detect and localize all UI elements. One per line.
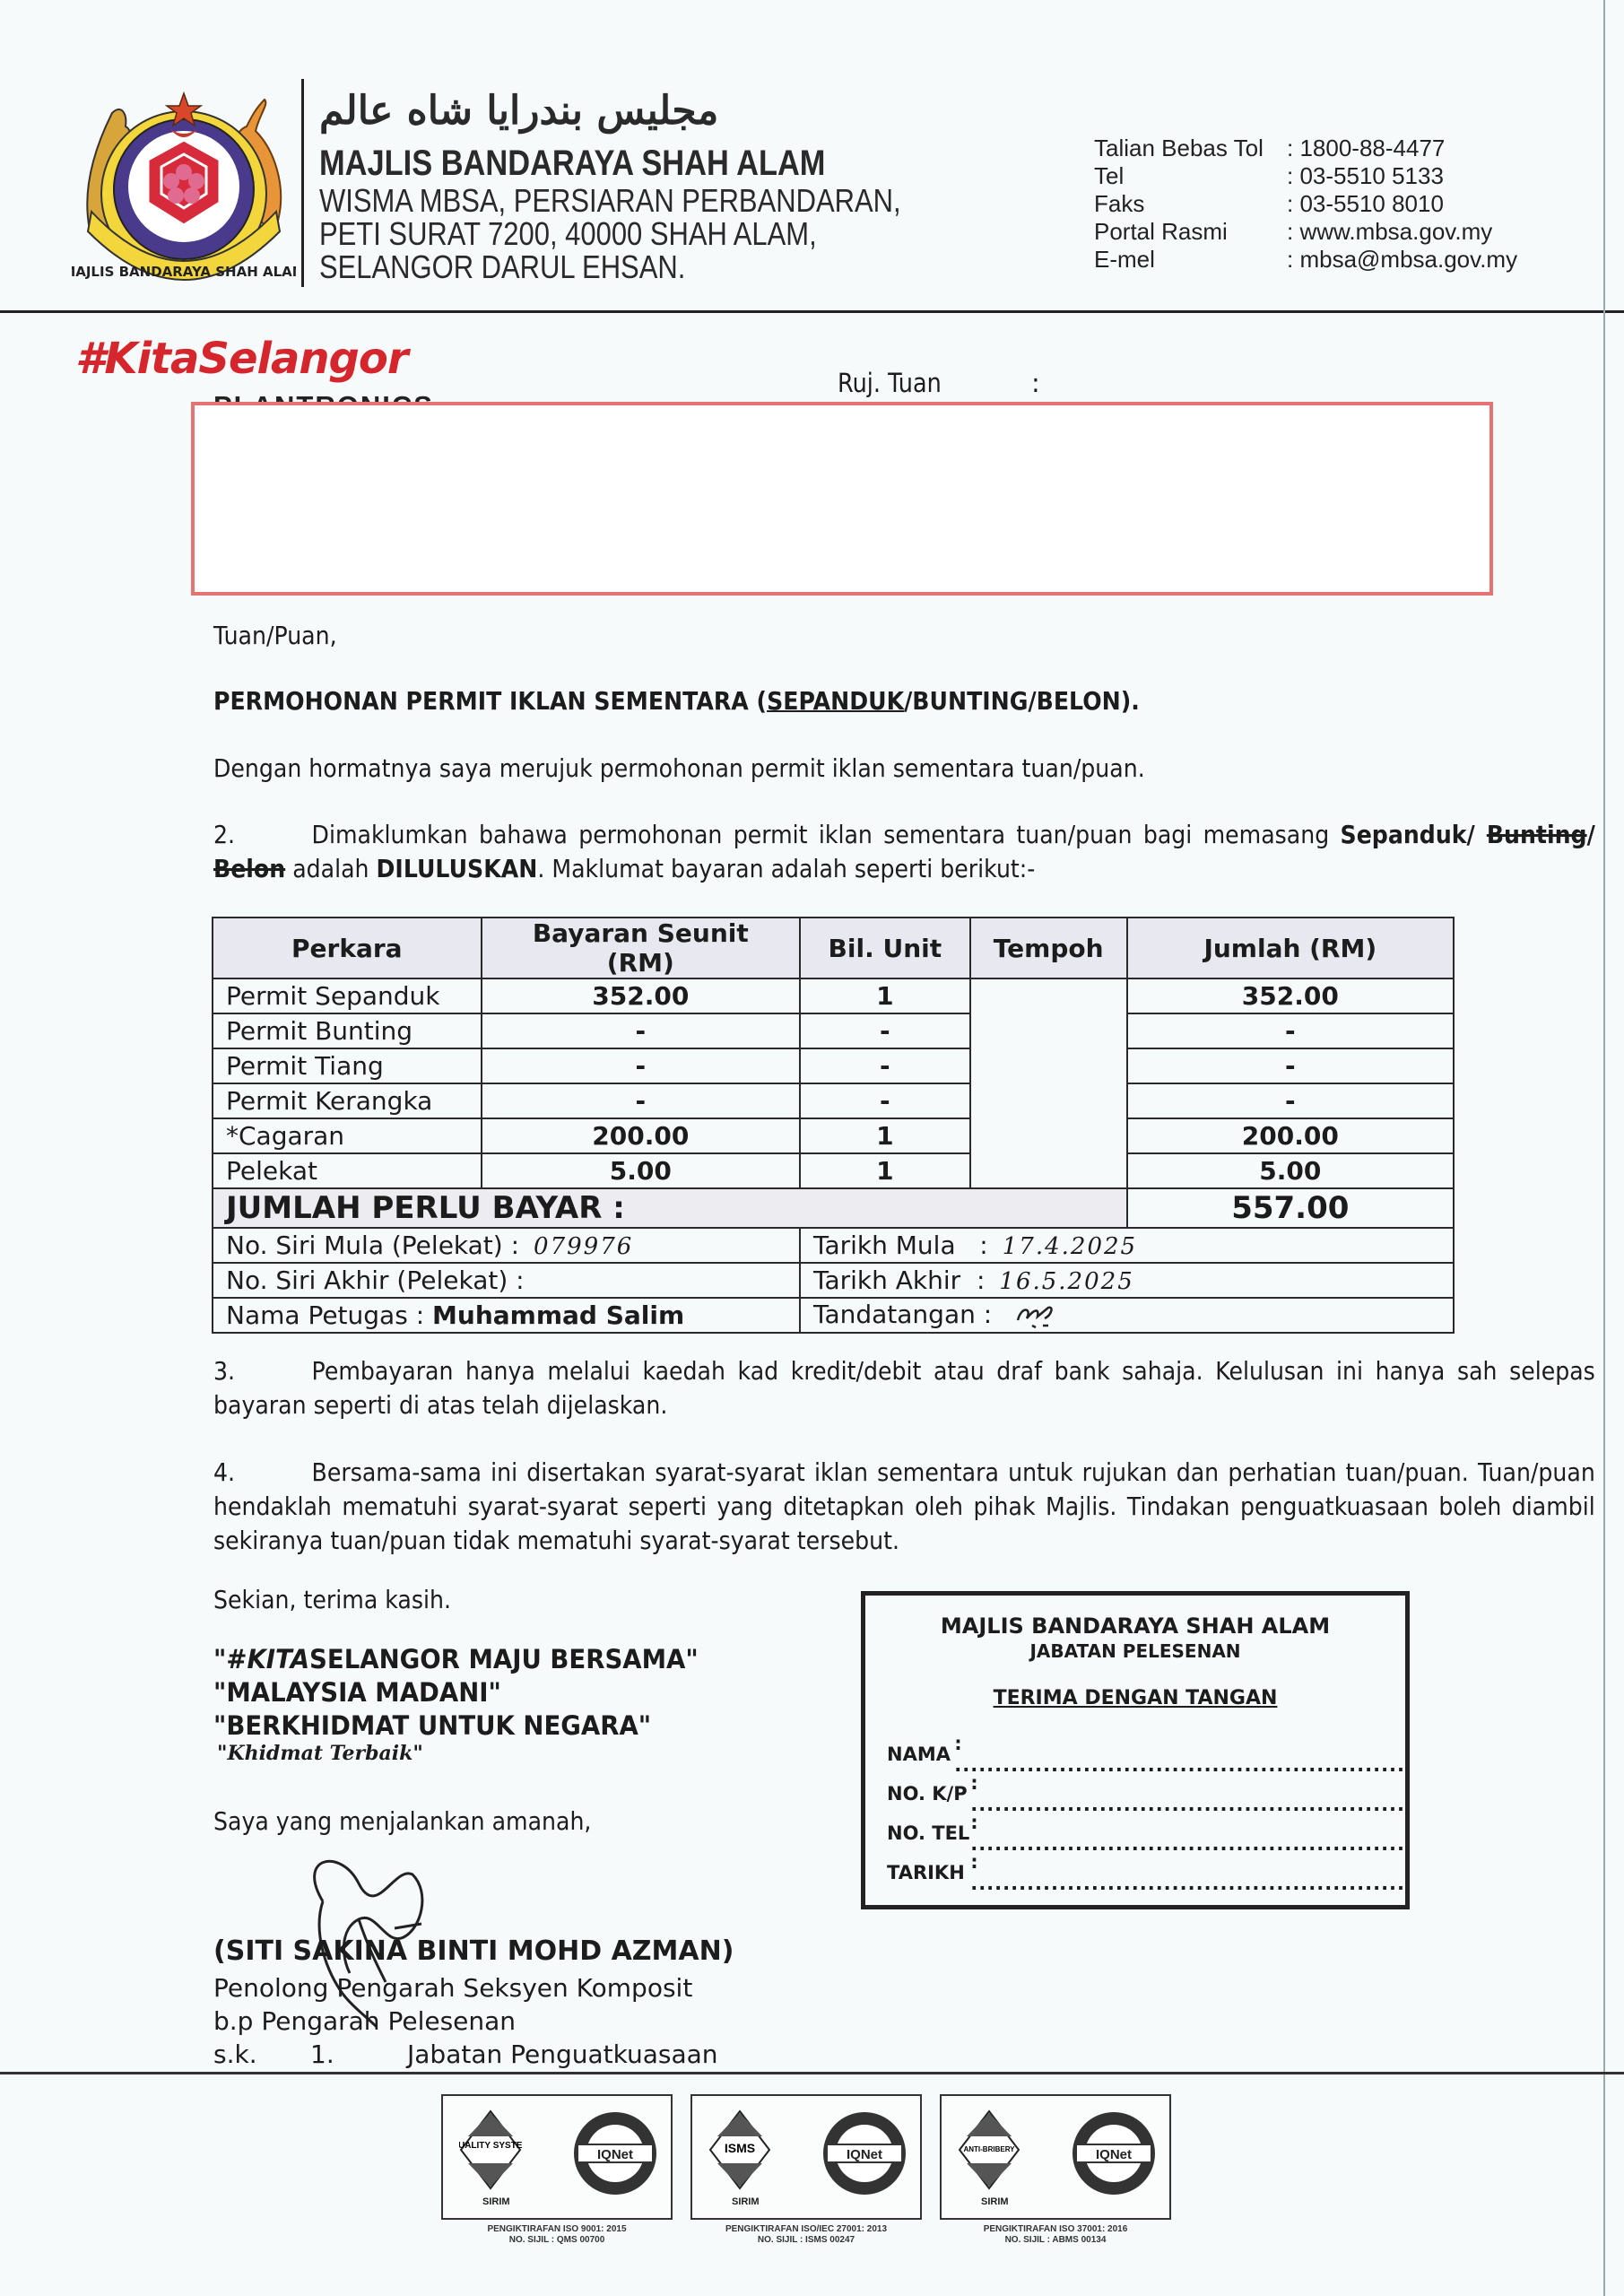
unit-count: - — [800, 1013, 970, 1048]
receipt-heading: TERIMA DENGAN TANGAN — [865, 1687, 1405, 1709]
cert-number: NO. SIJIL : ISMS 00247 — [681, 2235, 932, 2246]
contact-label: Talian Bebas Tol — [1094, 135, 1287, 162]
field-blank[interactable]: : ......................................… — [954, 1733, 1405, 1776]
cert-caption-quality: PENGIKTIRAFAN ISO 9001: 2015 NO. SIJIL :… — [431, 2224, 682, 2246]
slogan-madani: "MALAYSIA MADANI" — [213, 1676, 699, 1709]
salutation: Tuan/Puan, — [213, 619, 337, 653]
serial-end-label: No. Siri Akhir (Pelekat) : — [226, 1265, 525, 1295]
start-date-value: 17.4.2025 — [1003, 1233, 1137, 1260]
slogan-berkhidmat: "BERKHIDMAT UNTUK NEGARA" — [213, 1709, 699, 1743]
para-number: 2. — [213, 820, 235, 849]
cert-issuer: SIRIM — [482, 2196, 510, 2207]
subject-text: PERMOHONAN PERMIT IKLAN SEMENTARA ( — [213, 686, 767, 716]
contact-label: Tel — [1094, 162, 1287, 190]
contact-label: Portal Rasmi — [1094, 218, 1287, 246]
field-label: NO. K/P — [887, 1783, 970, 1805]
table-row: Permit Tiang - - - — [213, 1048, 1454, 1083]
receipt-title: MAJLIS BANDARAYA SHAH ALAM — [865, 1613, 1405, 1639]
svg-text:ANTI-BRIBERY: ANTI-BRIBERY — [963, 2145, 1015, 2153]
table-row: Pelekat 5.00 1 5.00 — [213, 1153, 1454, 1188]
item-belon-struck: Belon — [213, 854, 285, 883]
contact-label: E-mel — [1094, 246, 1287, 274]
cert-badge-anti-bribery: ANTI-BRIBERY IQNet SIRIM — [940, 2094, 1171, 2220]
redacted-address-box — [191, 402, 1493, 596]
contact-row-email: E-mel : mbsa@mbsa.gov.my — [1094, 246, 1517, 274]
closing-line: Sekian, terima kasih. — [213, 1583, 451, 1617]
cert-issuer: SIRIM — [732, 2196, 760, 2207]
table-row: Permit Sepanduk 352.00 1 352.00 — [213, 978, 1454, 1013]
unit-count: 1 — [800, 1153, 970, 1188]
sirim-diamond-icon: ANTI-BRIBERY — [958, 2109, 1020, 2190]
signoff-intro: Saya yang menjalankan amanah, — [213, 1805, 591, 1839]
slogans: "#KITASELANGOR MAJU BERSAMA" "MALAYSIA M… — [213, 1643, 699, 1743]
col-header-units: Bil. Unit — [800, 918, 970, 978]
contact-row-tel: Tel : 03-5510 5133 — [1094, 162, 1517, 190]
para-number: 4. — [213, 1457, 235, 1487]
receipt-department: JABATAN PELESENAN — [865, 1640, 1405, 1662]
end-date-value: 16.5.2025 — [999, 1268, 1133, 1295]
start-date-label: Tarikh Mula : — [813, 1231, 988, 1260]
end-date-label: Tarikh Akhir : — [813, 1265, 985, 1295]
unit-count: 1 — [800, 978, 970, 1013]
field-blank[interactable]: : ......................................… — [970, 1851, 1405, 1894]
signature-label: Tandatangan : — [813, 1300, 992, 1329]
iqnet-seal-icon: IQNet — [570, 2109, 660, 2198]
signer-title: Penolong Pengarah Seksyen Komposit b.p P… — [213, 1971, 718, 2071]
cert-badge-quality: QUALITY SYSTEM IQNet SIRIM — [441, 2094, 673, 2220]
cert-standard: PENGIKTIRAFAN ISO 9001: 2015 — [431, 2224, 682, 2235]
slogan-text: "# — [213, 1644, 247, 1674]
separator: / — [1587, 820, 1595, 849]
slogan-text: SELANGOR MAJU BERSAMA" — [309, 1644, 699, 1674]
cc-line: s.k. 1. Jabatan Penguatkuasaan — [213, 2038, 718, 2071]
unit-count: - — [800, 1083, 970, 1118]
org-name-jawi: مجليس بندرايا شاه عالم — [319, 88, 718, 134]
receipt-field-nama[interactable]: NAMA: ..................................… — [887, 1735, 1405, 1774]
cert-standard: PENGIKTIRAFAN ISO 37001: 2016 — [930, 2224, 1181, 2235]
contact-label: Faks — [1094, 190, 1287, 218]
grand-total-row: JUMLAH PERLU BAYAR : 557.00 — [213, 1188, 1454, 1228]
slogan-italic: KITA — [247, 1644, 309, 1674]
payment-table: Perkara Bayaran Seunit (RM) Bil. Unit Te… — [212, 917, 1455, 1334]
contact-value: : 03-5510 8010 — [1287, 190, 1444, 218]
iqnet-seal-icon: IQNet — [1069, 2109, 1159, 2198]
officer-cell: Nama Petugas : Muhammad Salim — [213, 1298, 800, 1333]
subject-underlined: SEPANDUK — [767, 686, 904, 716]
field-label: NAMA — [887, 1744, 954, 1765]
signature-cell: Tandatangan : — [800, 1298, 1454, 1333]
receipt-field-tarikh[interactable]: TARIKH: ................................… — [887, 1853, 1405, 1892]
row-total: - — [1127, 1048, 1454, 1083]
page-edge — [1603, 0, 1605, 2296]
subject-text: /BUNTING/BELON). — [904, 686, 1140, 716]
item-name: *Cagaran — [213, 1118, 482, 1153]
receipt-fields: NAMA: ..................................… — [887, 1735, 1405, 1892]
officer-label: Nama Petugas : — [226, 1300, 424, 1330]
mbsa-crest-icon: MAJLIS BANDARAYA SHAH ALAM — [72, 77, 296, 292]
cc-recipient: Jabatan Penguatkuasaan — [407, 2038, 718, 2071]
cc-label: s.k. — [213, 2038, 310, 2071]
address-line: SELANGOR DARUL EHSAN. — [319, 250, 901, 283]
para-text: adalah — [285, 854, 376, 883]
field-blank[interactable]: : ......................................… — [970, 1812, 1405, 1855]
row-total: - — [1127, 1083, 1454, 1118]
address-line: PETI SURAT 7200, 40000 SHAH ALAM, — [319, 217, 901, 250]
col-header-total: Jumlah (RM) — [1127, 918, 1454, 978]
signer-title-line: b.p Pengarah Pelesenan — [213, 2005, 718, 2038]
paragraph-2: 2.Dimaklumkan bahawa permohonan permit i… — [213, 818, 1595, 886]
meta-row: Nama Petugas : Muhammad Salim Tandatanga… — [213, 1298, 1454, 1333]
item-sepanduk: Sepanduk/ — [1341, 820, 1487, 849]
row-total: - — [1127, 1013, 1454, 1048]
serial-start-label: No. Siri Mula (Pelekat) : — [226, 1231, 519, 1260]
item-name: Permit Sepanduk — [213, 978, 482, 1013]
col-header-unit-price: Bayaran Seunit (RM) — [482, 918, 800, 978]
para-text: Pembayaran hanya melalui kaedah kad kred… — [213, 1356, 1595, 1420]
meta-row: No. Siri Akhir (Pelekat) : Tarikh Akhir … — [213, 1263, 1454, 1298]
officer-signature-icon — [1012, 1300, 1075, 1331]
cert-number: NO. SIJIL : QMS 00700 — [431, 2235, 682, 2246]
unit-price: 200.00 — [482, 1118, 800, 1153]
row-total: 352.00 — [1127, 978, 1454, 1013]
contact-value: : 03-5510 5133 — [1287, 162, 1444, 190]
field-label: NO. TEL — [887, 1822, 970, 1844]
receipt-acknowledgement-box: MAJLIS BANDARAYA SHAH ALAM JABATAN PELES… — [861, 1591, 1410, 1909]
approval-status: DILULUSKAN — [377, 854, 538, 883]
paragraph-3: 3.Pembayaran hanya melalui kaedah kad kr… — [213, 1354, 1595, 1422]
contact-value: : 1800-88-4477 — [1287, 135, 1445, 162]
end-date-cell: Tarikh Akhir :16.5.2025 — [800, 1263, 1454, 1298]
contact-row-tollfree: Talian Bebas Tol : 1800-88-4477 — [1094, 135, 1517, 162]
svg-text:MAJLIS BANDARAYA SHAH ALAM: MAJLIS BANDARAYA SHAH ALAM — [72, 264, 296, 280]
serial-start-value: 079976 — [534, 1233, 633, 1260]
receipt-field-kp[interactable]: NO. K/P: ...............................… — [887, 1774, 1405, 1813]
cert-number: NO. SIJIL : ABMS 00134 — [930, 2235, 1181, 2246]
letter-subject: PERMOHONAN PERMIT IKLAN SEMENTARA (SEPAN… — [213, 684, 1140, 718]
kitaselangor-logo: #KitaSelangor — [75, 334, 408, 384]
sirim-diamond-icon: QUALITY SYSTEM — [459, 2109, 522, 2190]
tempoh-cell — [970, 978, 1127, 1188]
item-name: Permit Kerangka — [213, 1083, 482, 1118]
cert-caption-anti-bribery: PENGIKTIRAFAN ISO 37001: 2016 NO. SIJIL … — [930, 2224, 1181, 2246]
cert-issuer: SIRIM — [981, 2196, 1009, 2207]
unit-price: - — [482, 1013, 800, 1048]
address-line: WISMA MBSA, PERSIARAN PERBANDARAN, — [319, 184, 901, 217]
start-date-cell: Tarikh Mula :17.4.2025 — [800, 1228, 1454, 1263]
org-address: WISMA MBSA, PERSIARAN PERBANDARAN, PETI … — [319, 184, 901, 283]
meta-row: No. Siri Mula (Pelekat) :079976 Tarikh M… — [213, 1228, 1454, 1263]
para-number: 3. — [213, 1356, 235, 1386]
cert-standard: PENGIKTIRAFAN ISO/IEC 27001: 2013 — [681, 2224, 932, 2235]
paragraph-4: 4.Bersama-sama ini disertakan syarat-sya… — [213, 1456, 1595, 1558]
svg-text:IQNet: IQNet — [847, 2147, 882, 2162]
motto: "Khidmat Terbaik" — [217, 1742, 423, 1765]
field-label: TARIKH — [887, 1862, 970, 1883]
para-text: Dimaklumkan bahawa permohonan permit ikl… — [312, 820, 1330, 849]
signer-name: (SITI SAKINA BINTI MOHD AZMAN) — [213, 1935, 734, 1967]
unit-price: 352.00 — [482, 978, 800, 1013]
unit-price: - — [482, 1048, 800, 1083]
svg-text:ISMS: ISMS — [725, 2141, 755, 2155]
unit-price: - — [482, 1083, 800, 1118]
footer-rule — [0, 2072, 1624, 2074]
email-link[interactable]: : mbsa@mbsa.gov.my — [1287, 246, 1517, 274]
table-row: Permit Bunting - - - — [213, 1013, 1454, 1048]
para-text: . Maklumat bayaran adalah seperti beriku… — [537, 854, 1035, 883]
contact-row-portal: Portal Rasmi : www.mbsa.gov.my — [1094, 218, 1517, 246]
signer-title-line: Penolong Pengarah Seksyen Komposit — [213, 1971, 718, 2005]
unit-count: - — [800, 1048, 970, 1083]
col-header-perkara: Perkara — [213, 918, 482, 978]
cert-caption-isms: PENGIKTIRAFAN ISO/IEC 27001: 2013 NO. SI… — [681, 2224, 932, 2246]
field-blank[interactable]: : ......................................… — [970, 1772, 1405, 1815]
item-bunting-struck: Bunting — [1487, 820, 1587, 849]
reference-label: Ruj. Tuan — [838, 368, 942, 398]
item-name: Pelekat — [213, 1153, 482, 1188]
cert-badge-isms: ISMS IQNet SIRIM — [690, 2094, 922, 2220]
org-name: MAJLIS BANDARAYA SHAH ALAM — [319, 143, 825, 184]
col-header-tempoh: Tempoh — [970, 918, 1127, 978]
grand-total-label: JUMLAH PERLU BAYAR : — [213, 1188, 1127, 1228]
item-name: Permit Bunting — [213, 1013, 482, 1048]
row-total: 200.00 — [1127, 1118, 1454, 1153]
table-row: Permit Kerangka - - - — [213, 1083, 1454, 1118]
row-total: 5.00 — [1127, 1153, 1454, 1188]
contact-block: Talian Bebas Tol : 1800-88-4477 Tel : 03… — [1094, 135, 1517, 274]
officer-name: Muhammad Salim — [432, 1300, 684, 1330]
cc-number: 1. — [310, 2038, 407, 2071]
serial-start-cell: No. Siri Mula (Pelekat) :079976 — [213, 1228, 800, 1263]
para-text: Bersama-sama ini disertakan syarat-syara… — [213, 1457, 1595, 1555]
letterhead-divider — [301, 79, 304, 287]
sirim-diamond-icon: ISMS — [708, 2109, 771, 2190]
item-name: Permit Tiang — [213, 1048, 482, 1083]
unit-price: 5.00 — [482, 1153, 800, 1188]
iqnet-seal-icon: IQNet — [820, 2109, 909, 2198]
portal-link[interactable]: : www.mbsa.gov.my — [1287, 218, 1492, 246]
receipt-field-tel[interactable]: NO. TEL: ...............................… — [887, 1813, 1405, 1853]
contact-row-fax: Faks : 03-5510 8010 — [1094, 190, 1517, 218]
header-rule — [0, 310, 1624, 313]
svg-text:QUALITY SYSTEM: QUALITY SYSTEM — [459, 2141, 522, 2151]
unit-count: 1 — [800, 1118, 970, 1153]
table-row: *Cagaran 200.00 1 200.00 — [213, 1118, 1454, 1153]
grand-total-value: 557.00 — [1127, 1188, 1454, 1228]
table-header-row: Perkara Bayaran Seunit (RM) Bil. Unit Te… — [213, 918, 1454, 978]
slogan-kitaselangor: "#KITASELANGOR MAJU BERSAMA" — [213, 1643, 699, 1676]
svg-text:IQNet: IQNet — [1096, 2147, 1132, 2162]
paragraph-1: Dengan hormatnya saya merujuk permohonan… — [213, 752, 1145, 786]
serial-end-cell: No. Siri Akhir (Pelekat) : — [213, 1263, 800, 1298]
reference-colon: : — [1031, 368, 1040, 398]
svg-text:IQNet: IQNet — [597, 2147, 633, 2162]
